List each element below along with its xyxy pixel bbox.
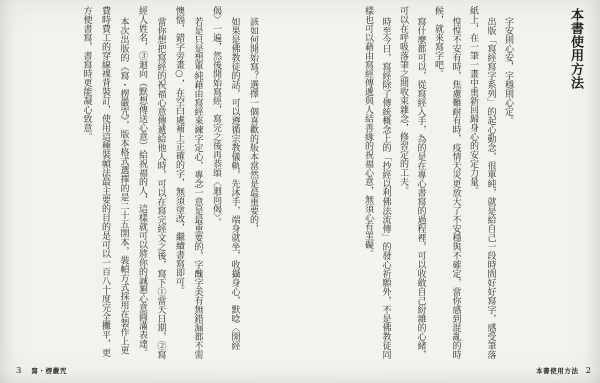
book-spread: 本書使用方法 字安則心安，字穩則心定。 出版「寫經寫字系列」的起心動念，很單純，… xyxy=(0,0,600,383)
footer-chapter-label: 本書使用方法 xyxy=(536,366,579,375)
right-page-footer: 本書使用方法 2 xyxy=(536,365,591,375)
footer-page-number: 2 xyxy=(586,366,591,376)
footer-book-title: 寫・楞嚴咒 xyxy=(31,366,67,375)
right-page-body: 字安則心安，字穩則心定。 出版「寫經寫字系列」的起心動念，很單純，就是給自己一段… xyxy=(359,6,517,359)
left-page-body: 該如何開始寫？選擇一個喜歡的版本當然是最重要的， 如果是佛教徒的話，可以遵循宗教… xyxy=(77,6,262,359)
paragraph: 寫什麼都可以，從寫經入手，為的是在專心書寫的過程裡，可以收斂自己紛雜的心緒，可以… xyxy=(394,6,429,359)
left-page-footer: 3 寫・楞嚴咒 xyxy=(16,365,67,375)
paragraph: 該如何開始寫？選擇一個喜歡的版本當然是最重要的， xyxy=(244,6,263,359)
paragraph: 當你想把寫經的祝福心意傳遞給他人時，可以在寫完經文之後，寫下①當天日期，②寫經人… xyxy=(133,6,170,359)
paragraph: 出版「寫經寫字系列」的起心動念，很單純，就是給自己一段時間好好寫字，感受筆落紙上… xyxy=(464,6,499,359)
paragraph: 惶惶不安有時，焦慮難耐有時，疫情天災更放大了不安穩與不確定，當你感到混亂的時候，… xyxy=(429,6,464,359)
paragraph: 本次出版的《寫・楞嚴咒》，版本格式選擇的是二十五開本，裝幀方式採用在製作上更費時… xyxy=(77,6,133,359)
paragraph: 時至今日，寫經除了傳統概念上的「抄經以利佛法流傳」的發心祈願外，不是佛教徒同樣也… xyxy=(359,6,394,359)
paragraph: 若是只是想單純藉由寫經來練字定心，專念一意是最重要的，字醜字美有無錯漏都不需懊惱… xyxy=(170,6,207,359)
paragraph: 如果是佛教徒的話，可以遵循宗教儀軌，先沐手，端身就坐，收攝身心，默唸〈開經偈〉一… xyxy=(207,6,244,359)
footer-page-number: 3 xyxy=(16,366,21,376)
paragraph: 字安則心安，字穩則心定。 xyxy=(499,6,517,359)
chapter-title: 本書使用方法 xyxy=(566,8,585,90)
